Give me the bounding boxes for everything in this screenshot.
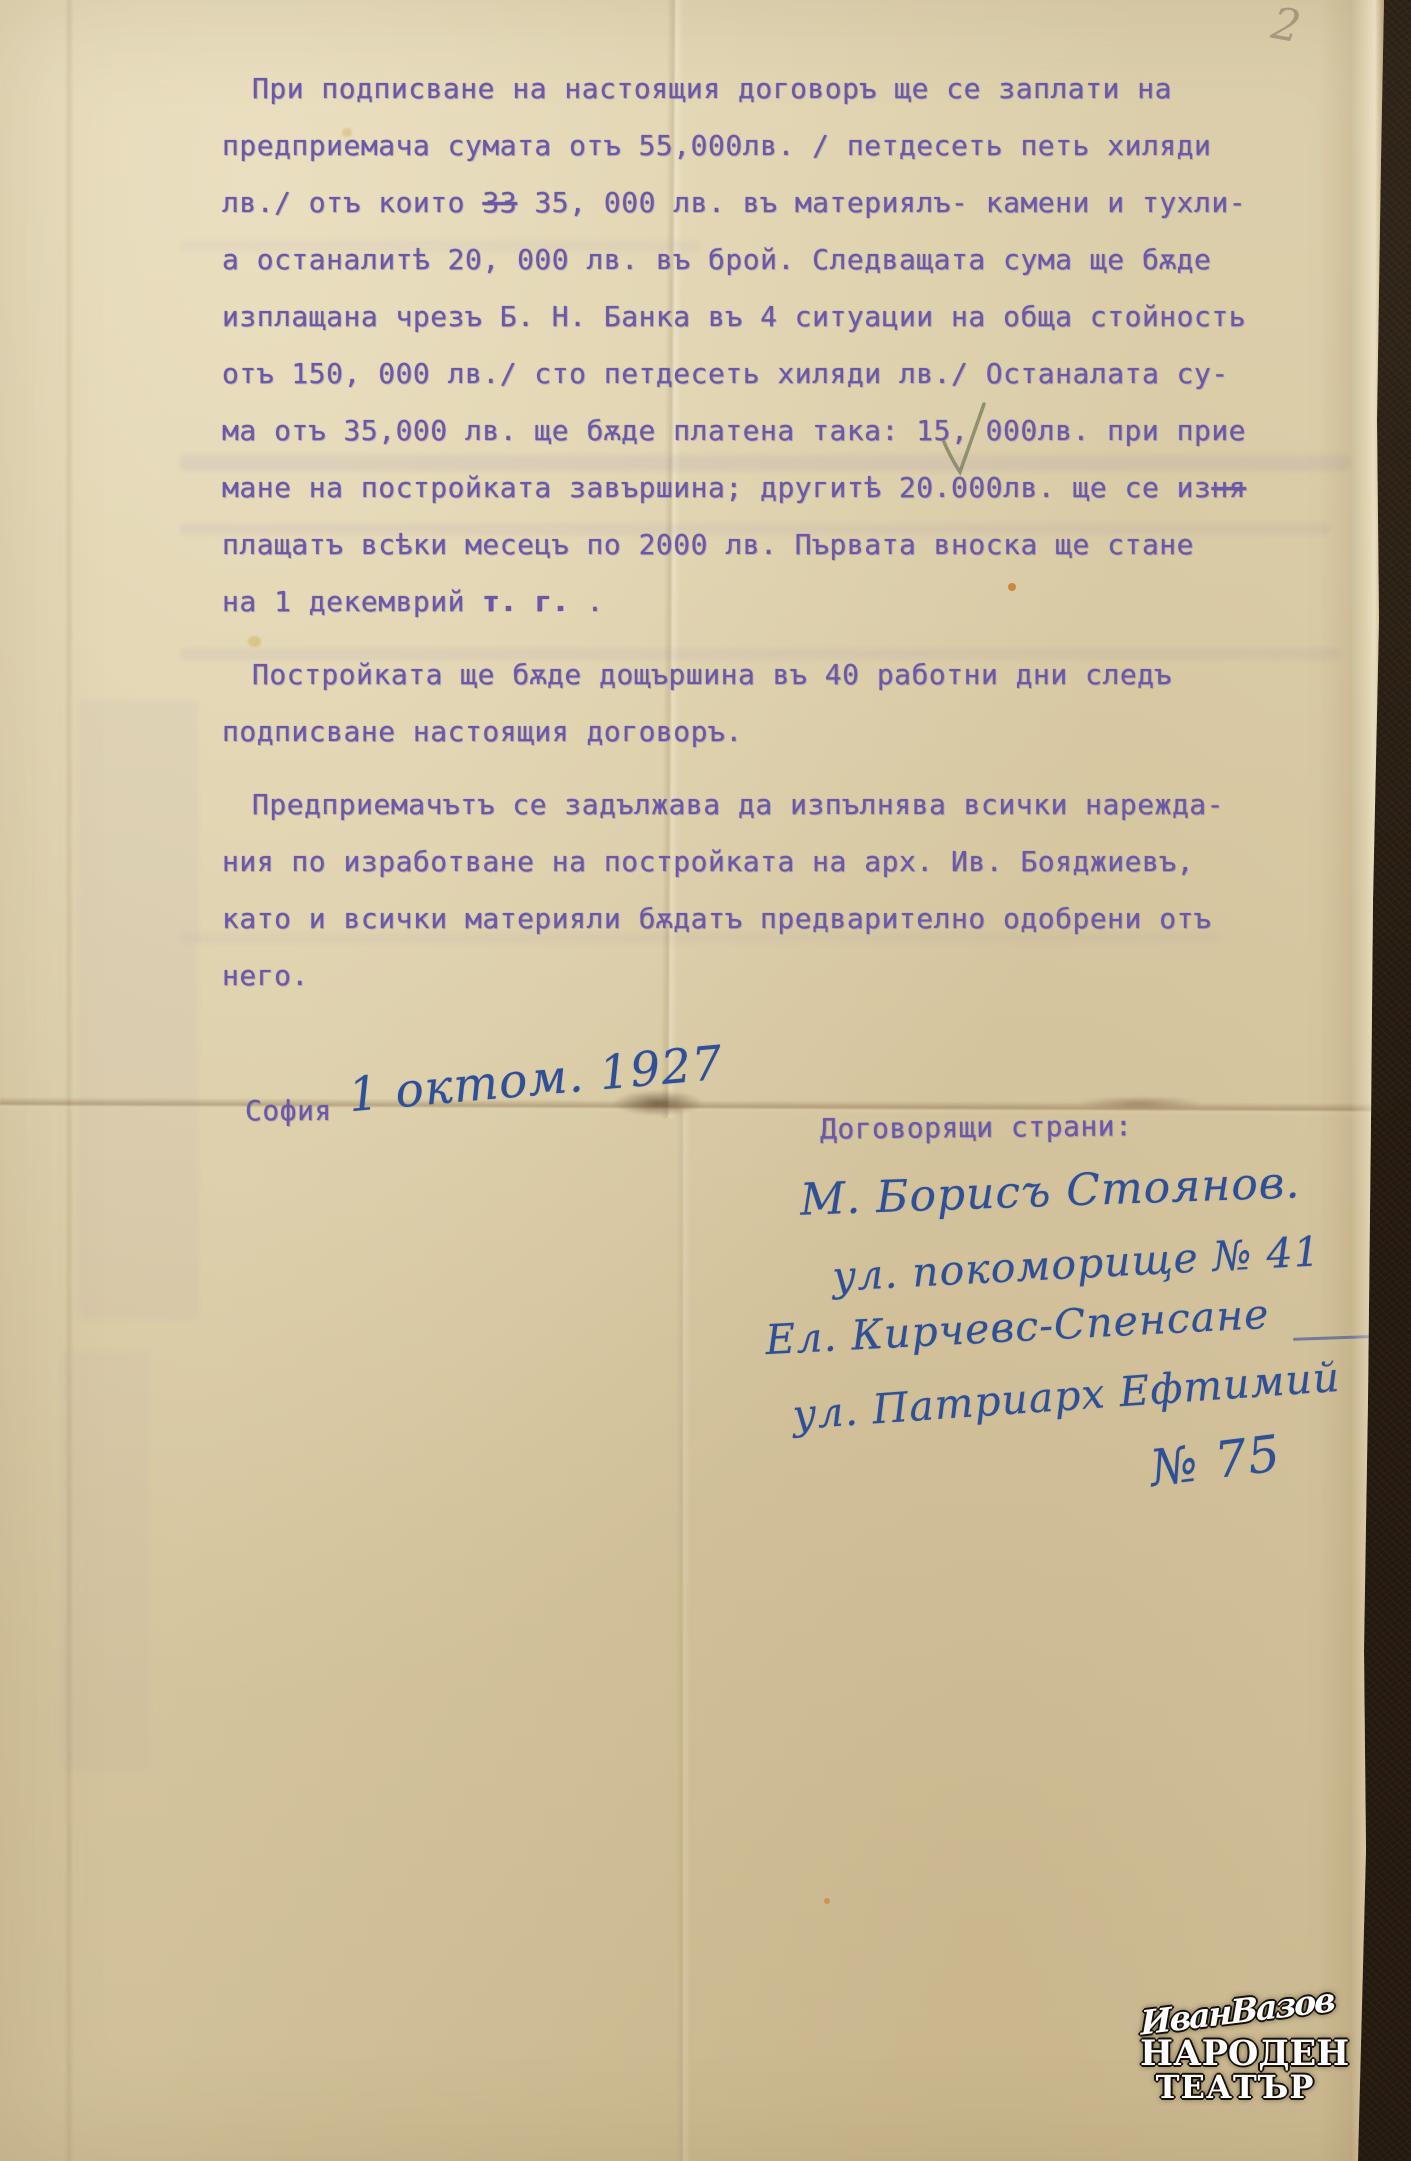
typewritten-segment: плащатъ всѣки месецъ по 2000 лв. Първата…: [222, 528, 1194, 561]
photo-background: 2 При подписване на настоящия договоръ щ…: [0, 0, 1411, 2161]
typewritten-segment: на 1 декемврий: [222, 585, 482, 618]
signature-house-number: № 75: [1147, 1424, 1284, 1498]
typewritten-text-block: При подписване на настоящия договоръ ще …: [222, 60, 1322, 1004]
typewritten-segment: ня: [1211, 471, 1246, 504]
typewritten-segment: ма отъ 35,000 лв. ще бѫде платена така: …: [222, 414, 1246, 447]
typewritten-line: ма отъ 35,000 лв. ще бѫде платена така: …: [222, 402, 1322, 459]
city-label: София: [245, 1091, 332, 1131]
typewritten-line: а останалитѣ 20, 000 лв. въ брой. Следва…: [222, 231, 1322, 288]
ink-speck: [824, 1898, 830, 1904]
typewritten-line: отъ 150, 000 лв./ сто петдесеть хиляди л…: [222, 345, 1322, 402]
signature-name: М. Борисъ Стоянов.: [799, 1157, 1301, 1225]
typewritten-segment: отъ 150, 000 лв./ сто петдесеть хиляди л…: [222, 357, 1229, 390]
typewritten-line: лв./ отъ които 33 35, 000 лв. въ материя…: [222, 174, 1322, 231]
typewritten-line: Предприемачътъ се задължава да изпълнява…: [222, 776, 1322, 833]
typewritten-segment: Постройката ще бѫде дощършина въ 40 рабо…: [252, 658, 1172, 691]
signature-name: Ел. Кирчевс-Спенсане: [764, 1290, 1270, 1364]
typewritten-segment: Предприемачътъ се задължава да изпълнява…: [252, 788, 1224, 821]
vertical-fold-crease-bottom: [676, 1108, 690, 2161]
left-faint-crease: [64, 0, 74, 2161]
national-theatre-watermark: ИванВазов НАРОДЕН ТЕАТЪР: [1140, 1992, 1330, 2103]
typewritten-segment: предприемача сумата отъ 55,000лв. / петд…: [222, 129, 1211, 162]
typewritten-segment: подписване настоящия договоръ.: [222, 715, 743, 748]
typewritten-segment: лв./ отъ които: [222, 186, 482, 219]
watermark-line1: НАРОДЕН: [1140, 2037, 1330, 2071]
typewritten-segment: ния по изработване на постройката на арх…: [222, 845, 1194, 878]
typewritten-line: мане на постройката завършина; другитѣ 2…: [222, 459, 1322, 516]
typewritten-line: При подписване на настоящия договоръ ще …: [222, 60, 1322, 117]
typewritten-line: плащатъ всѣки месецъ по 2000 лв. Първата…: [222, 516, 1322, 573]
pen-checkmark: [936, 396, 992, 482]
typewritten-paragraph: Предприемачътъ се задължава да изпълнява…: [222, 776, 1322, 1004]
typewritten-segment: т. г.: [482, 585, 569, 618]
typewritten-line: подписване настоящия договоръ.: [222, 703, 1322, 760]
typewritten-paragraph: Постройката ще бѫде дощършина въ 40 рабо…: [222, 646, 1322, 760]
typewritten-segment: .: [569, 585, 604, 618]
typewritten-line: него.: [222, 947, 1322, 1004]
typewritten-segment: мане на постройката завършина; другитѣ 2…: [222, 471, 1211, 504]
parties-heading: Договорящи страни:: [820, 1106, 1133, 1149]
bleed-through-column: [78, 700, 198, 1320]
watermark-line2: ТЕАТЪР: [1140, 2071, 1330, 2103]
typewritten-line: ния по изработване на постройката на арх…: [222, 833, 1322, 890]
bleed-through-column: [60, 1350, 150, 1770]
signature-address: ул. покоморище № 41: [831, 1227, 1322, 1301]
typewritten-line: като и всички материяли бѫдатъ предварит…: [222, 890, 1322, 947]
typewritten-segment: а останалитѣ 20, 000 лв. въ брой. Следва…: [222, 243, 1211, 276]
typewritten-line: предприемача сумата отъ 55,000лв. / петд…: [222, 117, 1322, 174]
pencil-page-number: 2: [1268, 0, 1304, 53]
typewritten-paragraph: При подписване на настоящия договоръ ще …: [222, 60, 1322, 630]
document-paper: 2 При подписване на настоящия договоръ щ…: [0, 0, 1411, 2161]
typewritten-segment: като и всички материяли бѫдатъ предварит…: [222, 902, 1211, 935]
typewritten-segment: При подписване на настоящия договоръ ще …: [252, 72, 1172, 105]
typewritten-line: изплащана чрезъ Б. Н. Банка въ 4 ситуаци…: [222, 288, 1322, 345]
typewritten-line: Постройката ще бѫде дощършина въ 40 рабо…: [222, 646, 1322, 703]
typewritten-line: на 1 декемврий т. г. .: [222, 573, 1322, 630]
typewritten-segment: 33: [482, 186, 517, 219]
torn-paper-edge: [1318, 0, 1384, 2161]
typewritten-segment: изплащана чрезъ Б. Н. Банка въ 4 ситуаци…: [222, 300, 1246, 333]
typewritten-segment: него.: [222, 959, 309, 992]
typewritten-segment: 35, 000 лв. въ материялъ- камени и тухли…: [517, 186, 1246, 219]
